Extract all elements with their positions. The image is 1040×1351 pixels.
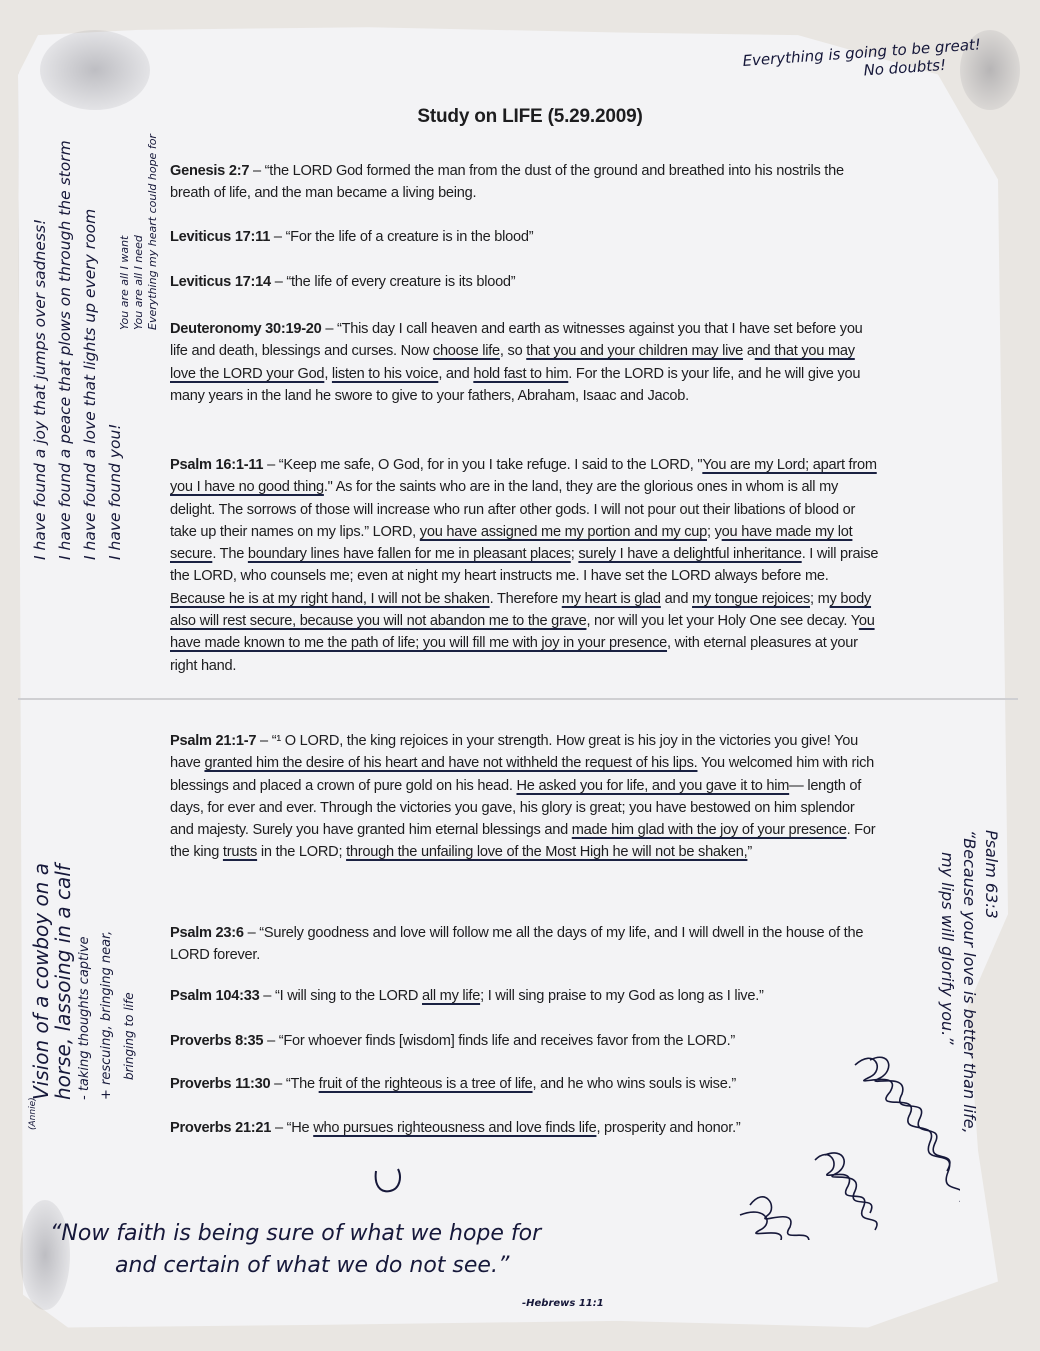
verse-text: ” xyxy=(747,844,752,860)
verse-text: – “I will sing to the LORD xyxy=(260,988,423,1004)
paper-fold-line xyxy=(18,698,1018,700)
verse-text: a xyxy=(743,343,755,359)
handwritten-line: “Because your love is better than life, xyxy=(958,830,980,1134)
verse-text: , xyxy=(324,366,332,382)
handwritten-citation: -Hebrews 11:1 xyxy=(522,1298,604,1309)
verse-text: . Therefore xyxy=(490,591,562,607)
handwritten-line: horse, lassoing in a calf xyxy=(52,863,74,1100)
verse-text: in the LORD; xyxy=(257,844,346,860)
scribble-icon xyxy=(720,1040,960,1240)
handwritten-line: You are all I want xyxy=(118,134,132,330)
handwritten-line: Vision of a cowboy on a xyxy=(30,863,52,1100)
handwritten-line: I have found a joy that jumps over sadne… xyxy=(28,140,53,560)
handwritten-margin-note: (Annie) xyxy=(28,1097,38,1130)
verse-reference: Proverbs 8:35 xyxy=(170,1033,263,1049)
underlined-phrase: you have assigned me my portion and my c… xyxy=(420,524,707,540)
verse-entry: Leviticus 17:14 – “the life of every cre… xyxy=(170,271,880,293)
underlined-phrase: that you and your children may live xyxy=(526,343,743,359)
handwritten-line: Psalm 63:3 xyxy=(980,830,1002,1134)
verse-entry: Psalm 104:33 – “I will sing to the LORD … xyxy=(170,985,880,1007)
verse-reference: Leviticus 17:11 xyxy=(170,229,270,245)
underlined-phrase: who pursues righteousness and love finds… xyxy=(313,1120,596,1136)
underlined-phrase: trusts xyxy=(223,844,257,860)
handwritten-mark-icon xyxy=(370,1165,406,1197)
verse-text: ; m xyxy=(810,591,830,607)
verse-reference: Deuteronomy 30:19-20 xyxy=(170,321,322,337)
handwritten-note-left-bottom: Vision of a cowboy on a horse, lassoing … xyxy=(30,863,140,1100)
underlined-phrase: through the unfailing love of the Most H… xyxy=(346,844,747,860)
verse-text: – “the life of every creature is its blo… xyxy=(271,274,516,290)
verse-text: – “For whoever finds [wisdom] finds life… xyxy=(263,1033,735,1049)
verse-text: , and he who wins souls is wise.” xyxy=(533,1076,736,1092)
verse-reference: Proverbs 11:30 xyxy=(170,1076,270,1092)
verse-text: – “Keep me safe, O God, for in you I tak… xyxy=(263,457,702,473)
verse-text: – “The xyxy=(270,1076,318,1092)
verse-text: . The xyxy=(212,546,248,562)
verse-text: , prosperity and honor.” xyxy=(596,1120,740,1136)
verse-text: , nor will you let your Holy One see dec… xyxy=(586,613,858,629)
underlined-phrase: fruit of the righteous is a tree of life xyxy=(319,1076,533,1092)
underlined-phrase: surely I have a delightful inheritance xyxy=(578,546,801,562)
handwritten-line: I have found a love that lights up every… xyxy=(78,140,103,560)
handwritten-line: I have found a peace that plows on throu… xyxy=(53,140,78,560)
verse-text: – “the LORD God formed the man from the … xyxy=(170,163,844,201)
underlined-phrase: listen to his voice xyxy=(332,366,438,382)
verse-reference: Psalm 104:33 xyxy=(170,988,260,1004)
verse-text: – “Surely goodness and love will follow … xyxy=(170,925,863,963)
verse-reference: Psalm 21:1-7 xyxy=(170,733,256,749)
underlined-phrase: hold fast to him xyxy=(473,366,568,382)
verse-reference: Psalm 16:1-11 xyxy=(170,457,263,473)
underlined-phrase: Because he is at my right hand, I will n… xyxy=(170,591,490,607)
verse-text: ; I will sing praise to my God as long a… xyxy=(480,988,764,1004)
verse-reference: Genesis 2:7 xyxy=(170,163,249,179)
page-title: Study on LIFE (5.29.2009) xyxy=(170,106,890,128)
handwritten-line: + rescuing, bringing near, xyxy=(96,863,118,1100)
verse-text: ; y xyxy=(707,524,722,540)
handwritten-note-left-inner: You are all I want You are all I need Ev… xyxy=(118,134,160,330)
verse-entry: Deuteronomy 30:19-20 – “This day I call … xyxy=(170,318,880,407)
underlined-phrase: granted him the desire of his heart and … xyxy=(204,755,697,771)
verse-text: – “He xyxy=(271,1120,313,1136)
handwritten-note-left-top: I have found a joy that jumps over sadne… xyxy=(28,140,128,560)
handwritten-line: You are all I need xyxy=(132,134,146,330)
verse-entry: Leviticus 17:11 – “For the life of a cre… xyxy=(170,226,880,248)
verse-reference: Psalm 23:6 xyxy=(170,925,244,941)
underlined-phrase: all my life xyxy=(422,988,480,1004)
verse-text: – “For the life of a creature is in the … xyxy=(270,229,533,245)
underlined-phrase: made him glad with the joy of your prese… xyxy=(572,822,847,838)
verse-entry: Psalm 21:1-7 – “¹ O LORD, the king rejoi… xyxy=(170,730,880,864)
verse-text: and xyxy=(661,591,692,607)
verse-text: , so xyxy=(500,343,526,359)
underlined-phrase: my heart is glad xyxy=(562,591,661,607)
underlined-phrase: choose life xyxy=(433,343,500,359)
handwritten-line: and certain of what we do not see.” xyxy=(50,1250,541,1282)
underlined-phrase: boundary lines have fallen for me in ple… xyxy=(248,546,571,562)
verse-entry: Psalm 23:6 – “Surely goodness and love w… xyxy=(170,922,880,967)
handwritten-line: bringing to life xyxy=(118,863,140,1100)
underlined-phrase: He asked you for life, and you gave it t… xyxy=(516,778,789,794)
handwritten-line: Everything my heart could hope for xyxy=(146,134,160,330)
verse-entry: Psalm 16:1-11 – “Keep me safe, O God, fo… xyxy=(170,454,880,677)
verse-text: , and xyxy=(438,366,473,382)
handwritten-line: “Now faith is being sure of what we hope… xyxy=(50,1218,541,1250)
handwritten-line: - taking thoughts captive xyxy=(74,863,96,1100)
ink-smudge xyxy=(40,30,150,110)
verse-reference: Proverbs 21:21 xyxy=(170,1120,271,1136)
underlined-phrase: my tongue rejoices xyxy=(692,591,810,607)
handwritten-quote-bottom: “Now faith is being sure of what we hope… xyxy=(50,1218,541,1282)
verse-entry: Genesis 2:7 – “the LORD God formed the m… xyxy=(170,160,880,205)
verse-reference: Leviticus 17:14 xyxy=(170,274,271,290)
